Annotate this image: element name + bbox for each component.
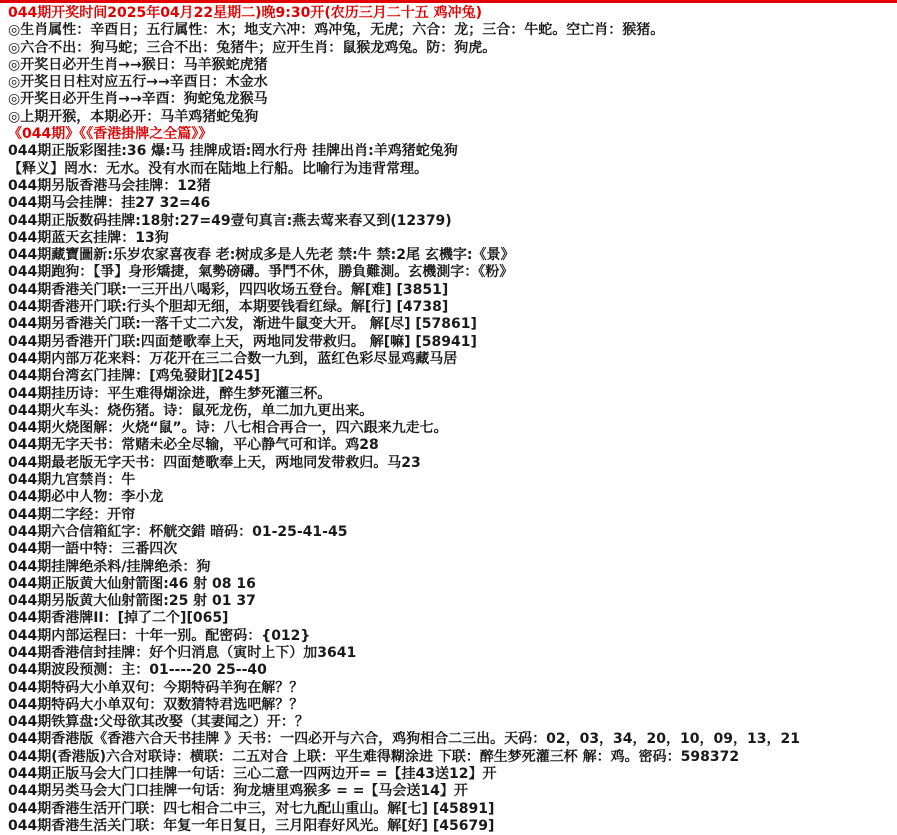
text-line: 044期香港生活开门联：四七相合二中三，对七九配山重山。解[七] [45891] <box>8 801 895 818</box>
text-line: ◎六合不出：狗马蛇；三合不出：兔猪牛；应开生肖：鼠猴龙鸡兔。防：狗虎。 <box>8 40 895 57</box>
text-line: 044期香港信封挂牌：好个归消息（寅时上下）加3641 <box>8 645 895 662</box>
text-line: 044期无字天书：常赌未必全尽输，平心静气可和详。鸡28 <box>8 437 895 454</box>
text-line: 044期一語中特：三番四次 <box>8 541 895 558</box>
text-line: 044期内部万花来料：万花开在三二合数一九到，蓝红色彩尽显鸡藏马居 <box>8 351 895 368</box>
text-line: 044期正版数码挂牌:18射:27=49壹句真言:燕去莺来春又到(12379) <box>8 213 895 230</box>
text-line: 【释义】罔水：无水。没有水而在陆地上行船。比喻行为违背常理。 <box>8 161 895 178</box>
text-line: 044期台湾玄门挂牌：[鸡兔發財][245] <box>8 368 895 385</box>
text-line: 044期铁算盘:父母欲其改娶（其妻闻之）开：？ <box>8 714 895 731</box>
text-line: ◎上期开猴，本期必开：马羊鸡猪蛇兔狗 <box>8 109 895 126</box>
text-line: 044期藏寶圖新:乐岁农家喜夜春 老:树成多是人先老 禁:牛 禁:2尾 玄機字:… <box>8 247 895 264</box>
text-line: 044期必中人物：李小龙 <box>8 489 895 506</box>
text-line: 044期马会挂牌：挂27 32=46 <box>8 195 895 212</box>
text-line: 044期火车头：烧伤猪。诗：鼠死龙伤，单二加九更出来。 <box>8 403 895 420</box>
text-line: ◎生肖属性：辛酉日；五行属性：木；地支六冲：鸡冲兔，无虎；六合：龙；三合：牛蛇。… <box>8 22 895 39</box>
text-line: 044期正版黄大仙射箭图:46 射 08 16 <box>8 576 895 593</box>
text-line: 044期香港开门联:行头个胆却无细，本期要钱看红绿。解[行] [4738] <box>8 299 895 316</box>
text-line: 044期跑狗：【爭】身形矯捷，氣勢磅礴。爭鬥不休，勝負難測。玄機測字：《粉》 <box>8 264 895 281</box>
text-line: 044期另香港关门联:一落千丈二六发，渐进牛鼠变大开。 解[尽] [57861] <box>8 316 895 333</box>
text-line: 044期特码大小单双句：今期特码羊狗在解？？ <box>8 680 895 697</box>
text-line: 044期香港生活关门联：年复一年日复日，三月阳春好风光。解[好] [45679] <box>8 818 895 835</box>
text-line: ◎开奖日必开生肖→→猴日：马羊猴蛇虎猪 <box>8 57 895 74</box>
text-line: 044期蓝天玄挂牌：13狗 <box>8 230 895 247</box>
text-line: 044期挂牌绝杀料/挂牌绝杀：狗 <box>8 559 895 576</box>
text-line: 044期另版香港马会挂牌：12猪 <box>8 178 895 195</box>
text-line: 044期六合信箱紅字：杯觥交錯 暗码：01-25-41-45 <box>8 524 895 541</box>
lottery-tips-page: 044期开奖时间2025年04月22星期二)晚9:30开(农历三月二十五 鸡冲兔… <box>0 0 897 835</box>
text-line: ◎开奖日日柱对应五行→→辛酉日：木金水 <box>8 74 895 91</box>
text-lines-container: 044期开奖时间2025年04月22星期二)晚9:30开(农历三月二十五 鸡冲兔… <box>0 3 897 835</box>
text-line: 044期正版彩图挂:36 爆:马 挂牌成语:罔水行舟 挂牌出肖:羊鸡猪蛇兔狗 <box>8 143 895 160</box>
text-line: 044期二字经：开帘 <box>8 507 895 524</box>
text-line: 044期开奖时间2025年04月22星期二)晚9:30开(农历三月二十五 鸡冲兔… <box>8 5 895 22</box>
text-line: 044期香港版《香港六合天书挂牌 》天书：一四必开与六合，鸡狗相合二三出。天码：… <box>8 731 895 748</box>
text-line: 044期内部运程曰：十年一别。配密码：{012} <box>8 628 895 645</box>
text-line: 044期九宫禁肖：牛 <box>8 472 895 489</box>
text-line: 044期香港牌II：[掉了二个][065] <box>8 610 895 627</box>
text-line: 《044期》《《香港掛牌之全篇》》 <box>8 126 895 143</box>
text-line: 044期另类马会大门口挂牌一句话：狗龙塘里鸡猴多 = =【马会送14】开 <box>8 783 895 800</box>
text-line: 044期挂历诗：平生难得煳涂进，醉生梦死灌三杯。 <box>8 386 895 403</box>
text-line: ◎开奖日必开生肖→→辛酉：狗蛇兔龙猴马 <box>8 91 895 108</box>
text-line: 044期香港关门联:一三开出八喝彩，四四收场五登台。解[难] [3851] <box>8 282 895 299</box>
text-line: 044期正版马会大门口挂牌一句话：三心二意一四两边开= =【挂43送12】开 <box>8 766 895 783</box>
text-line: 044期特码大小单双句：双数猜特君选吧解？？ <box>8 697 895 714</box>
text-line: 044期(香港版)六合对联诗：横联：二五对合 上联：平生难得糊涂进 下联：醉生梦… <box>8 749 895 766</box>
text-line: 044期最老版无字天书：四面楚歌奉上天，两地同发带救归。马23 <box>8 455 895 472</box>
text-line: 044期另香港开门联:四面楚歌奉上天，两地同发带救归。 解[嘛] [58941] <box>8 334 895 351</box>
text-line: 044期火烧图解：火烧“鼠”。诗：八七相合再合一，四六跟来九走七。 <box>8 420 895 437</box>
text-line: 044期波段预测：主：01----20 25--40 <box>8 662 895 679</box>
text-line: 044期另版黄大仙射箭图:25 射 01 37 <box>8 593 895 610</box>
